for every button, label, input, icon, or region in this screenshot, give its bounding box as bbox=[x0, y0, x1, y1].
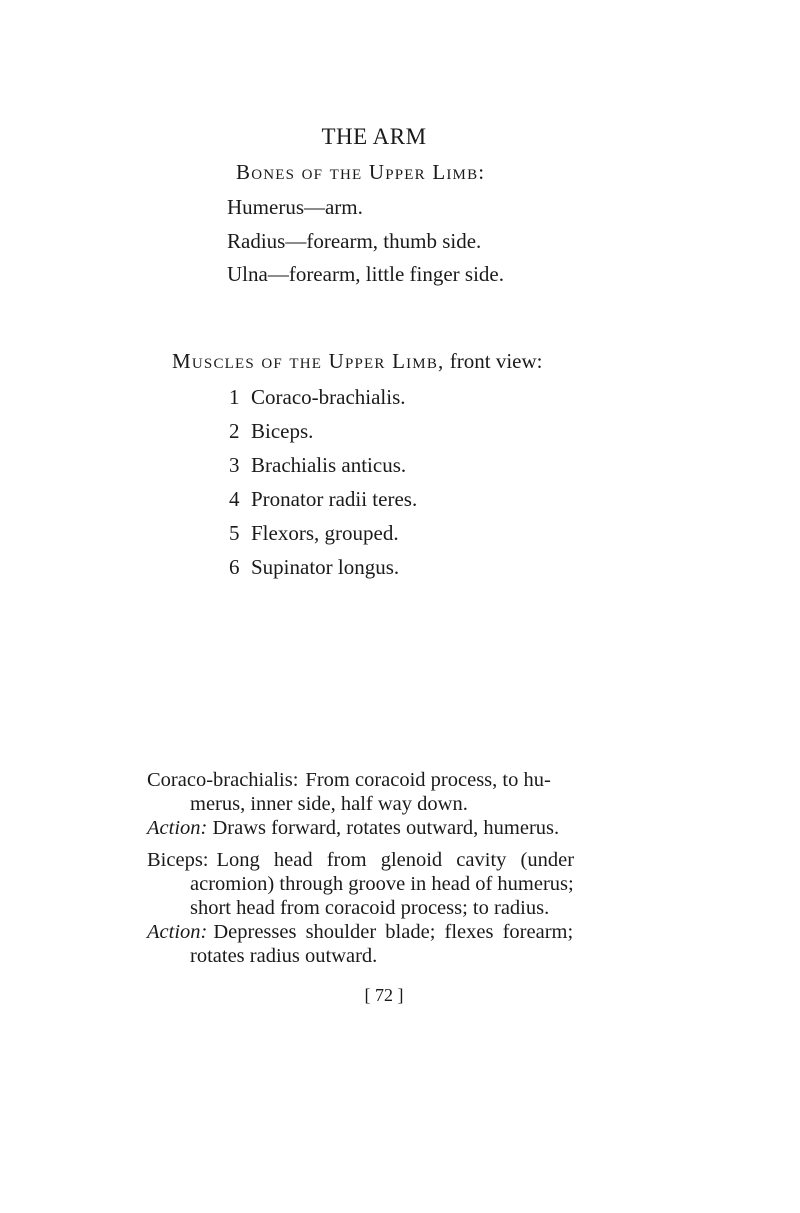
muscle-item: 2Biceps. bbox=[229, 419, 313, 444]
origin-insertion: Coraco-brachialis: From coracoid process… bbox=[147, 768, 617, 816]
origin-continuation: merus, inner side, half way down. bbox=[147, 792, 617, 816]
muscles-heading: Muscles of the Upper Limb, front view: bbox=[172, 349, 542, 374]
muscle-number: 4 bbox=[229, 487, 251, 512]
muscle-label: Coraco-brachialis. bbox=[251, 385, 406, 409]
origin-text: From coracoid process, to hu- bbox=[298, 768, 617, 792]
muscle-description-coraco-brachialis: Coraco-brachialis: From coracoid process… bbox=[147, 768, 617, 840]
muscle-number: 1 bbox=[229, 385, 251, 410]
page-number: [ 72 ] bbox=[0, 985, 768, 1006]
action: Action: Draws forward, rotates outward, … bbox=[147, 816, 617, 840]
action-text: Depresses shoulder blade; flexes forearm… bbox=[207, 920, 617, 944]
page-title: THE ARM bbox=[0, 124, 748, 150]
origin-line: Long head from glenoid cavity (under bbox=[209, 848, 618, 872]
origin-continuation: acromion) through groove in head of hume… bbox=[147, 872, 617, 896]
muscle-item: 4Pronator radii teres. bbox=[229, 487, 417, 512]
muscles-heading-smallcaps: Muscles of the Upper Limb, bbox=[172, 349, 445, 373]
muscle-item: 6Supinator longus. bbox=[229, 555, 399, 580]
muscle-description-biceps: Biceps: Long head from glenoid cavity (u… bbox=[147, 848, 617, 968]
origin-line: From coracoid process, to hu- bbox=[305, 768, 550, 792]
bone-item: Ulna—forearm, little finger side. bbox=[227, 262, 504, 287]
muscle-number: 5 bbox=[229, 521, 251, 546]
desc-line: Coraco-brachialis: From coracoid process… bbox=[147, 768, 617, 792]
muscle-number: 2 bbox=[229, 419, 251, 444]
bone-item: Humerus—arm. bbox=[227, 195, 363, 220]
muscle-label: Supinator longus. bbox=[251, 555, 399, 579]
muscle-label: Flexors, grouped. bbox=[251, 521, 399, 545]
muscle-name: Biceps: bbox=[147, 848, 209, 872]
action: Action: Depresses shoulder blade; flexes… bbox=[147, 920, 617, 968]
muscle-item: 5Flexors, grouped. bbox=[229, 521, 399, 546]
action-label: Action: bbox=[147, 817, 207, 839]
desc-line: Biceps: Long head from glenoid cavity (u… bbox=[147, 848, 617, 872]
muscles-heading-rest: front view: bbox=[445, 349, 543, 373]
origin-continuation: short head from coracoid process; to rad… bbox=[147, 896, 617, 920]
muscle-label: Biceps. bbox=[251, 419, 313, 443]
muscle-number: 3 bbox=[229, 453, 251, 478]
origin-insertion: Biceps: Long head from glenoid cavity (u… bbox=[147, 848, 617, 920]
muscle-item: 3Brachialis anticus. bbox=[229, 453, 406, 478]
bones-heading: Bones of the Upper Limb: bbox=[236, 160, 485, 185]
bone-item: Radius—forearm, thumb side. bbox=[227, 229, 481, 254]
action-text: Draws forward, rotates outward, humerus. bbox=[212, 817, 559, 839]
desc-line: Action: Depresses shoulder blade; flexes… bbox=[147, 920, 617, 944]
muscle-number: 6 bbox=[229, 555, 251, 580]
muscle-label: Pronator radii teres. bbox=[251, 487, 417, 511]
muscle-item: 1Coraco-brachialis. bbox=[229, 385, 406, 410]
action-continuation: rotates radius outward. bbox=[147, 944, 617, 968]
muscle-label: Brachialis anticus. bbox=[251, 453, 406, 477]
muscle-name: Coraco-brachialis: bbox=[147, 768, 298, 792]
action-label: Action: bbox=[147, 920, 207, 944]
